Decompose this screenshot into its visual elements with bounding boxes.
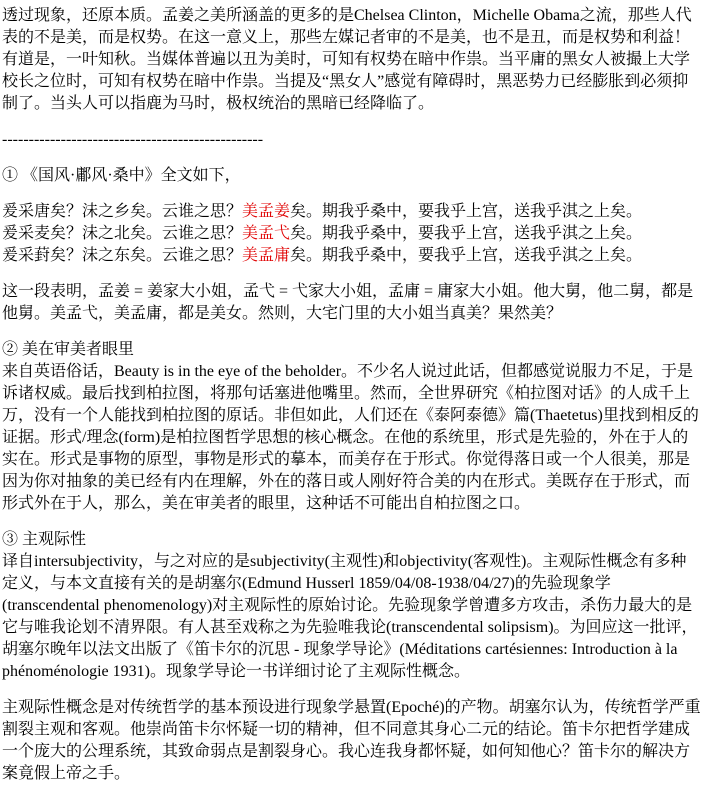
- poem-line-1-post: 矣。期我乎桑中，要我乎上宫，送我乎淇之上矣。: [290, 203, 642, 220]
- poem-line-2-post: 矣。期我乎桑中，要我乎上宫，送我乎淇之上矣。: [290, 225, 642, 242]
- section1-heading: ① 《国风·鄘风·桑中》全文如下，: [2, 165, 701, 187]
- poem-line-1-highlight: 美孟姜: [242, 203, 290, 220]
- poem-line-3-pre: 爰采葑矣？沬之东矣。云谁之思？: [2, 247, 242, 264]
- section2-body: 来自英语俗话，Beauty is in the eye of the behol…: [2, 363, 699, 512]
- poem-line-1: 爰采唐矣？沬之乡矣。云谁之思？美孟姜矣。期我乎桑中，要我乎上宫，送我乎淇之上矣。: [2, 203, 642, 220]
- paragraph-meaning: 这一段表明，孟姜 = 姜家大小姐，孟弋 = 弋家大小姐，孟庸 = 庸家大小姐。他…: [2, 281, 701, 325]
- section2-block: ② 美在审美者眼里 来自英语俗话，Beauty is in the eye of…: [2, 339, 701, 515]
- document-page: 透过现象，还原本质。孟姜之美所涵盖的更多的是Chelsea Clinton，Mi…: [0, 0, 704, 809]
- paragraph-epoche: 主观际性概念是对传统哲学的基本预设进行现象学悬置(Epoché)的产物。胡塞尔认…: [2, 697, 701, 785]
- poem-line-2: 爰采麦矣？沬之北矣。云谁之思？美孟弋矣。期我乎桑中，要我乎上宫，送我乎淇之上矣。: [2, 225, 642, 242]
- poem-line-3: 爰采葑矣？沬之东矣。云谁之思？美孟庸矣。期我乎桑中，要我乎上宫，送我乎淇之上矣。: [2, 247, 642, 264]
- poem-line-2-pre: 爰采麦矣？沬之北矣。云谁之思？: [2, 225, 242, 242]
- section3-body: 译自intersubjectivity，与之对应的是subjectivity(主…: [2, 553, 698, 680]
- section2-heading: ② 美在审美者眼里: [2, 341, 134, 358]
- paragraph-intro: 透过现象，还原本质。孟姜之美所涵盖的更多的是Chelsea Clinton，Mi…: [2, 5, 701, 115]
- poem-line-3-post: 矣。期我乎桑中，要我乎上宫，送我乎淇之上矣。: [290, 247, 642, 264]
- poem-line-3-highlight: 美孟庸: [242, 247, 290, 264]
- poem-line-1-pre: 爰采唐矣？沬之乡矣。云谁之思？: [2, 203, 242, 220]
- section3-heading: ③ 主观际性: [2, 531, 86, 548]
- poem-stanzas: 爰采唐矣？沬之乡矣。云谁之思？美孟姜矣。期我乎桑中，要我乎上宫，送我乎淇之上矣。…: [2, 201, 701, 267]
- section3-block: ③ 主观际性 译自intersubjectivity，与之对应的是subject…: [2, 529, 701, 683]
- poem-line-2-highlight: 美孟弋: [242, 225, 290, 242]
- divider-line: ----------------------------------------…: [2, 129, 701, 151]
